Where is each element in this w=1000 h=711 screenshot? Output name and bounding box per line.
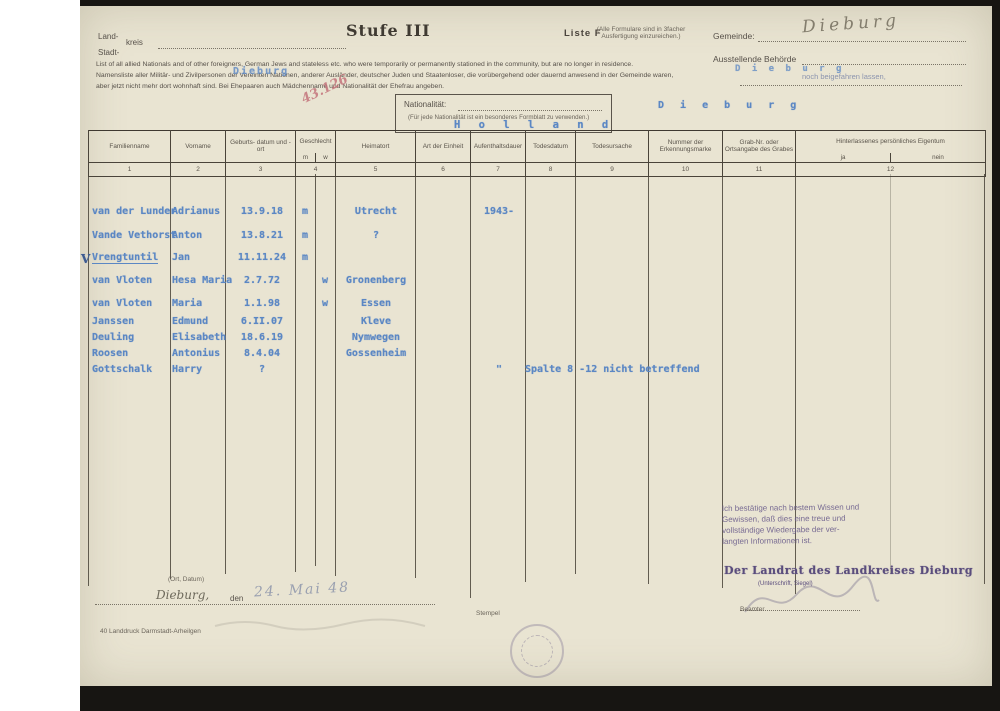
table-row: Vande Vethorst Anton 13.8.21 m ? <box>88 230 985 244</box>
certification-stamp: Ich bestätige nach bestem Wissen und Gew… <box>722 501 917 547</box>
nationality-dotted-line <box>458 101 602 111</box>
column-header-todesursache: Todesursache <box>576 131 649 163</box>
certification-line1: Ich bestätige nach bestem Wissen und <box>722 503 860 513</box>
cell-vorname: Edmund <box>172 316 208 327</box>
cell-geschlecht-w: w <box>315 275 335 286</box>
copies-note-line2: Ausfertigung einzureichen.) <box>601 33 680 40</box>
cell-geschlecht-w: w <box>315 298 335 309</box>
cell-geburtsdatum: 6.II.07 <box>227 316 297 327</box>
cell-vorname: Antonius <box>172 348 220 359</box>
intro-paragraph: List of all allied Nationals and of othe… <box>96 59 974 92</box>
cell-geburtsdatum: 11.11.24 <box>227 252 297 263</box>
form-page: Land- kreis Stadt- Stufe III Liste F (Al… <box>80 6 992 686</box>
cell-familienname: van der Lunder <box>92 206 176 217</box>
gemeinde-dotted-line <box>758 32 966 42</box>
gender-sub-m: m <box>296 153 316 163</box>
cell-vorname: Jan <box>172 252 190 263</box>
dieburg-spaced-typed: D i e b u r g <box>658 100 801 111</box>
cell-familienname: Gottschalk <box>92 364 152 375</box>
column-header-geburtsdatum: Geburts- datum und -ort <box>226 131 296 163</box>
table-row: V Vrengtuntil Jan 11.11.24 m <box>88 252 985 266</box>
cell-heimatort: Gronenberg <box>337 275 415 286</box>
scanned-document: Land- kreis Stadt- Stufe III Liste F (Al… <box>0 0 1000 711</box>
intro-line2: Namensliste aller Militär- und Zivilpers… <box>96 72 673 79</box>
stempel-label: Stempel <box>476 610 500 617</box>
column-header-art-der-einheit: Art der Einheit <box>416 131 471 163</box>
page-title: Stufe III <box>346 21 431 40</box>
scan-right-edge <box>991 0 1000 711</box>
cell-aufenthaltsdauer: " <box>472 364 526 375</box>
certification-line3: vollständige Wiedergabe der ver- <box>722 525 839 535</box>
landkreis-label-top: Land- <box>98 32 118 41</box>
intro-line1: List of all allied Nationals and of othe… <box>96 61 633 68</box>
table-header: Familienname Vorname Geburts- datum und … <box>88 130 986 177</box>
column-header-aufenthaltsdauer: Aufenthaltsdauer <box>471 131 526 163</box>
cell-vorname: Adrianus <box>172 206 220 217</box>
cell-geburtsdatum: 18.6.19 <box>227 332 297 343</box>
pencil-scribble <box>210 614 430 634</box>
gemeinde-label: Gemeinde: <box>713 31 755 41</box>
official-seal-stamp <box>510 624 564 678</box>
cell-vorname: Hesa Maria <box>172 275 232 286</box>
cell-familienname: Vande Vethorst <box>92 230 176 241</box>
certification-line2: Gewissen, daß dies eine treue und <box>722 514 846 524</box>
nationality-label: Nationalität: <box>404 100 446 109</box>
table-row: Gottschalk Harry ? " Spalte 8 -12 nicht … <box>88 364 985 378</box>
cell-familienname: Deuling <box>92 332 134 343</box>
copies-note-line1: (Alle Formulare sind in 3facher <box>597 26 686 33</box>
cell-familienname: van Vloten <box>92 298 152 309</box>
table-row: van Vloten Hesa Maria 2.7.72 w Gronenber… <box>88 275 985 289</box>
certification-line4: langten Informationen ist. <box>722 536 812 546</box>
column-header-heimatort: Heimatort <box>336 131 416 163</box>
place-printed: Dieburg, <box>156 588 209 602</box>
cell-geburtsdatum: 8.4.04 <box>227 348 297 359</box>
cell-familienname: Roosen <box>92 348 128 359</box>
eigentum-sub-ja: ja <box>796 153 891 163</box>
copies-note: (Alle Formulare sind in 3facher Ausferti… <box>586 26 696 40</box>
column-header-eigentum: Hinterlassenes persönliches Eigentum <box>796 131 986 153</box>
column-header-grab-nr: Grab-Nr. oder Ortsangabe des Grabes <box>723 131 796 163</box>
column-header-erkennungsmarke: Nummer der Erkennungsmarke <box>649 131 723 163</box>
cell-heimatort: Nymwegen <box>337 332 415 343</box>
cell-aufenthaltsdauer: 1943- <box>472 206 526 217</box>
landkreis-label-bottom: Stadt- <box>98 48 119 57</box>
cell-geschlecht-m: m <box>295 230 315 241</box>
gender-sub-w: w <box>316 153 336 163</box>
cell-vorname: Anton <box>172 230 202 241</box>
cell-geschlecht-m: m <box>295 252 315 263</box>
den-label: den <box>230 594 243 603</box>
kreis-dotted-line <box>158 39 346 49</box>
cell-vorname: Maria <box>172 298 202 309</box>
table-row: van der Lunder Adrianus 13.9.18 m Utrech… <box>88 206 985 220</box>
cell-geburtsdatum: 1.1.98 <box>227 298 297 309</box>
beamter-label: Beamter <box>740 606 765 613</box>
seal-inner-ring <box>521 635 553 667</box>
cell-note: Spalte 8 -12 nicht betreffend <box>525 364 700 375</box>
intro-line3: aber jetzt nicht mehr dort wohnhaft sind… <box>96 83 444 90</box>
cell-heimatort: ? <box>337 230 415 241</box>
table-row: Roosen Antonius 8.4.04 Gossenheim <box>88 348 985 362</box>
print-note: 40 Landdruck Darmstadt-Arheilgen <box>100 628 201 635</box>
table-row: van Vloten Maria 1.1.98 w Essen <box>88 298 985 312</box>
table-row: Janssen Edmund 6.II.07 Kleve <box>88 316 985 330</box>
cell-geschlecht-m: m <box>295 206 315 217</box>
handwritten-checkmark: V <box>81 252 90 266</box>
cell-heimatort: Gossenheim <box>337 348 415 359</box>
cell-familienname: Vrengtuntil <box>92 252 158 264</box>
cell-geburtsdatum: 13.8.21 <box>227 230 297 241</box>
eigentum-sub-nein: nein <box>891 153 986 163</box>
cell-familienname: Janssen <box>92 316 134 327</box>
cell-heimatort: Kleve <box>337 316 415 327</box>
cell-geburtsdatum: 13.9.18 <box>227 206 297 217</box>
cell-familienname: van Vloten <box>92 275 152 286</box>
table-row: Deuling Elisabeth 18.6.19 Nymwegen <box>88 332 985 346</box>
scan-bottom-edge <box>80 686 1000 711</box>
ort-datum-label: (Ort, Datum) <box>168 576 204 583</box>
column-header-geschlecht: Geschlecht <box>296 131 336 153</box>
cell-vorname: Harry <box>172 364 202 375</box>
kreis-label: kreis <box>126 38 143 47</box>
cell-geburtsdatum: ? <box>227 364 297 375</box>
column-header-vorname: Vorname <box>171 131 226 163</box>
cell-geburtsdatum: 2.7.72 <box>227 275 297 286</box>
cell-vorname: Elisabeth <box>172 332 226 343</box>
cell-heimatort: Utrecht <box>337 206 415 217</box>
column-header-todesdatum: Todesdatum <box>526 131 576 163</box>
dieburg-overlay-typed: Dieburg <box>233 66 289 77</box>
cell-heimatort: Essen <box>337 298 415 309</box>
signature-scribble <box>735 574 885 624</box>
column-header-familienname: Familienname <box>89 131 171 163</box>
